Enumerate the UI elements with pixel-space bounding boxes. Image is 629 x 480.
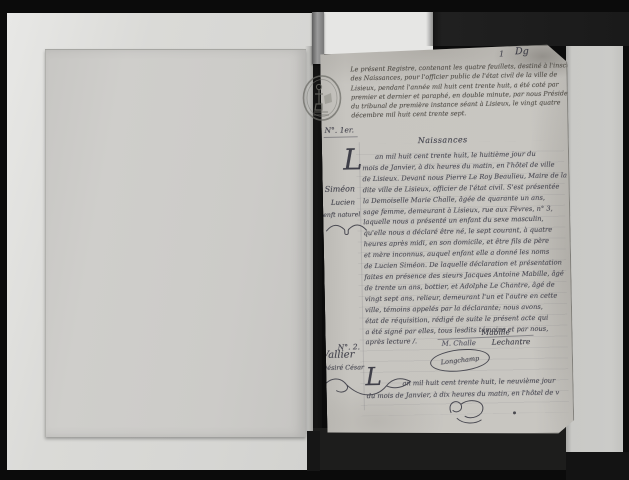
- scanner-background-bottom: [313, 428, 566, 470]
- margin-underline: [324, 136, 358, 138]
- section-title: Naissances: [418, 135, 468, 145]
- signature-lechantre: Lechantre: [492, 337, 531, 347]
- left-page-blank: [45, 49, 306, 437]
- scanner-background-bottom-right: [566, 452, 629, 480]
- scanner-background-top: [426, 12, 629, 46]
- book-clamp-bottom: [307, 431, 320, 471]
- register-header: Le présent Registre, contenant les quatr…: [350, 61, 589, 121]
- margin-flourish: [325, 222, 367, 237]
- folio-paraph: Dg: [515, 46, 529, 57]
- act2-margin-name-1: Vallier: [322, 349, 355, 361]
- signature-challe: M. Challe: [442, 339, 476, 348]
- ink-dot: [513, 411, 516, 414]
- act1-margin-name-1: Siméon: [325, 184, 355, 194]
- revenue-stamp-icon: [302, 74, 342, 122]
- registrar-paraph: [443, 396, 490, 427]
- act2-margin-name-2: Désiré César: [322, 363, 364, 372]
- act1-margin-number: N°. 1er.: [324, 125, 354, 135]
- act1-margin-name-2: Lucien: [331, 198, 355, 206]
- book-fore-edge: [566, 13, 623, 452]
- folio-number: 1: [499, 49, 504, 58]
- register-page: 1 Dg Le présent Registre, contenant les …: [320, 44, 574, 438]
- page-stack-top-edge: [313, 12, 433, 54]
- scanned-register-spread: 1 Dg Le présent Registre, contenant les …: [0, 0, 629, 480]
- act1-margin-note: enft naturel: [323, 211, 360, 219]
- act2-lead-initial: L: [365, 364, 382, 389]
- act1-lead-initial: L: [343, 145, 363, 174]
- act1-text: an mil huit cent trente huit, le huitièm…: [362, 148, 572, 348]
